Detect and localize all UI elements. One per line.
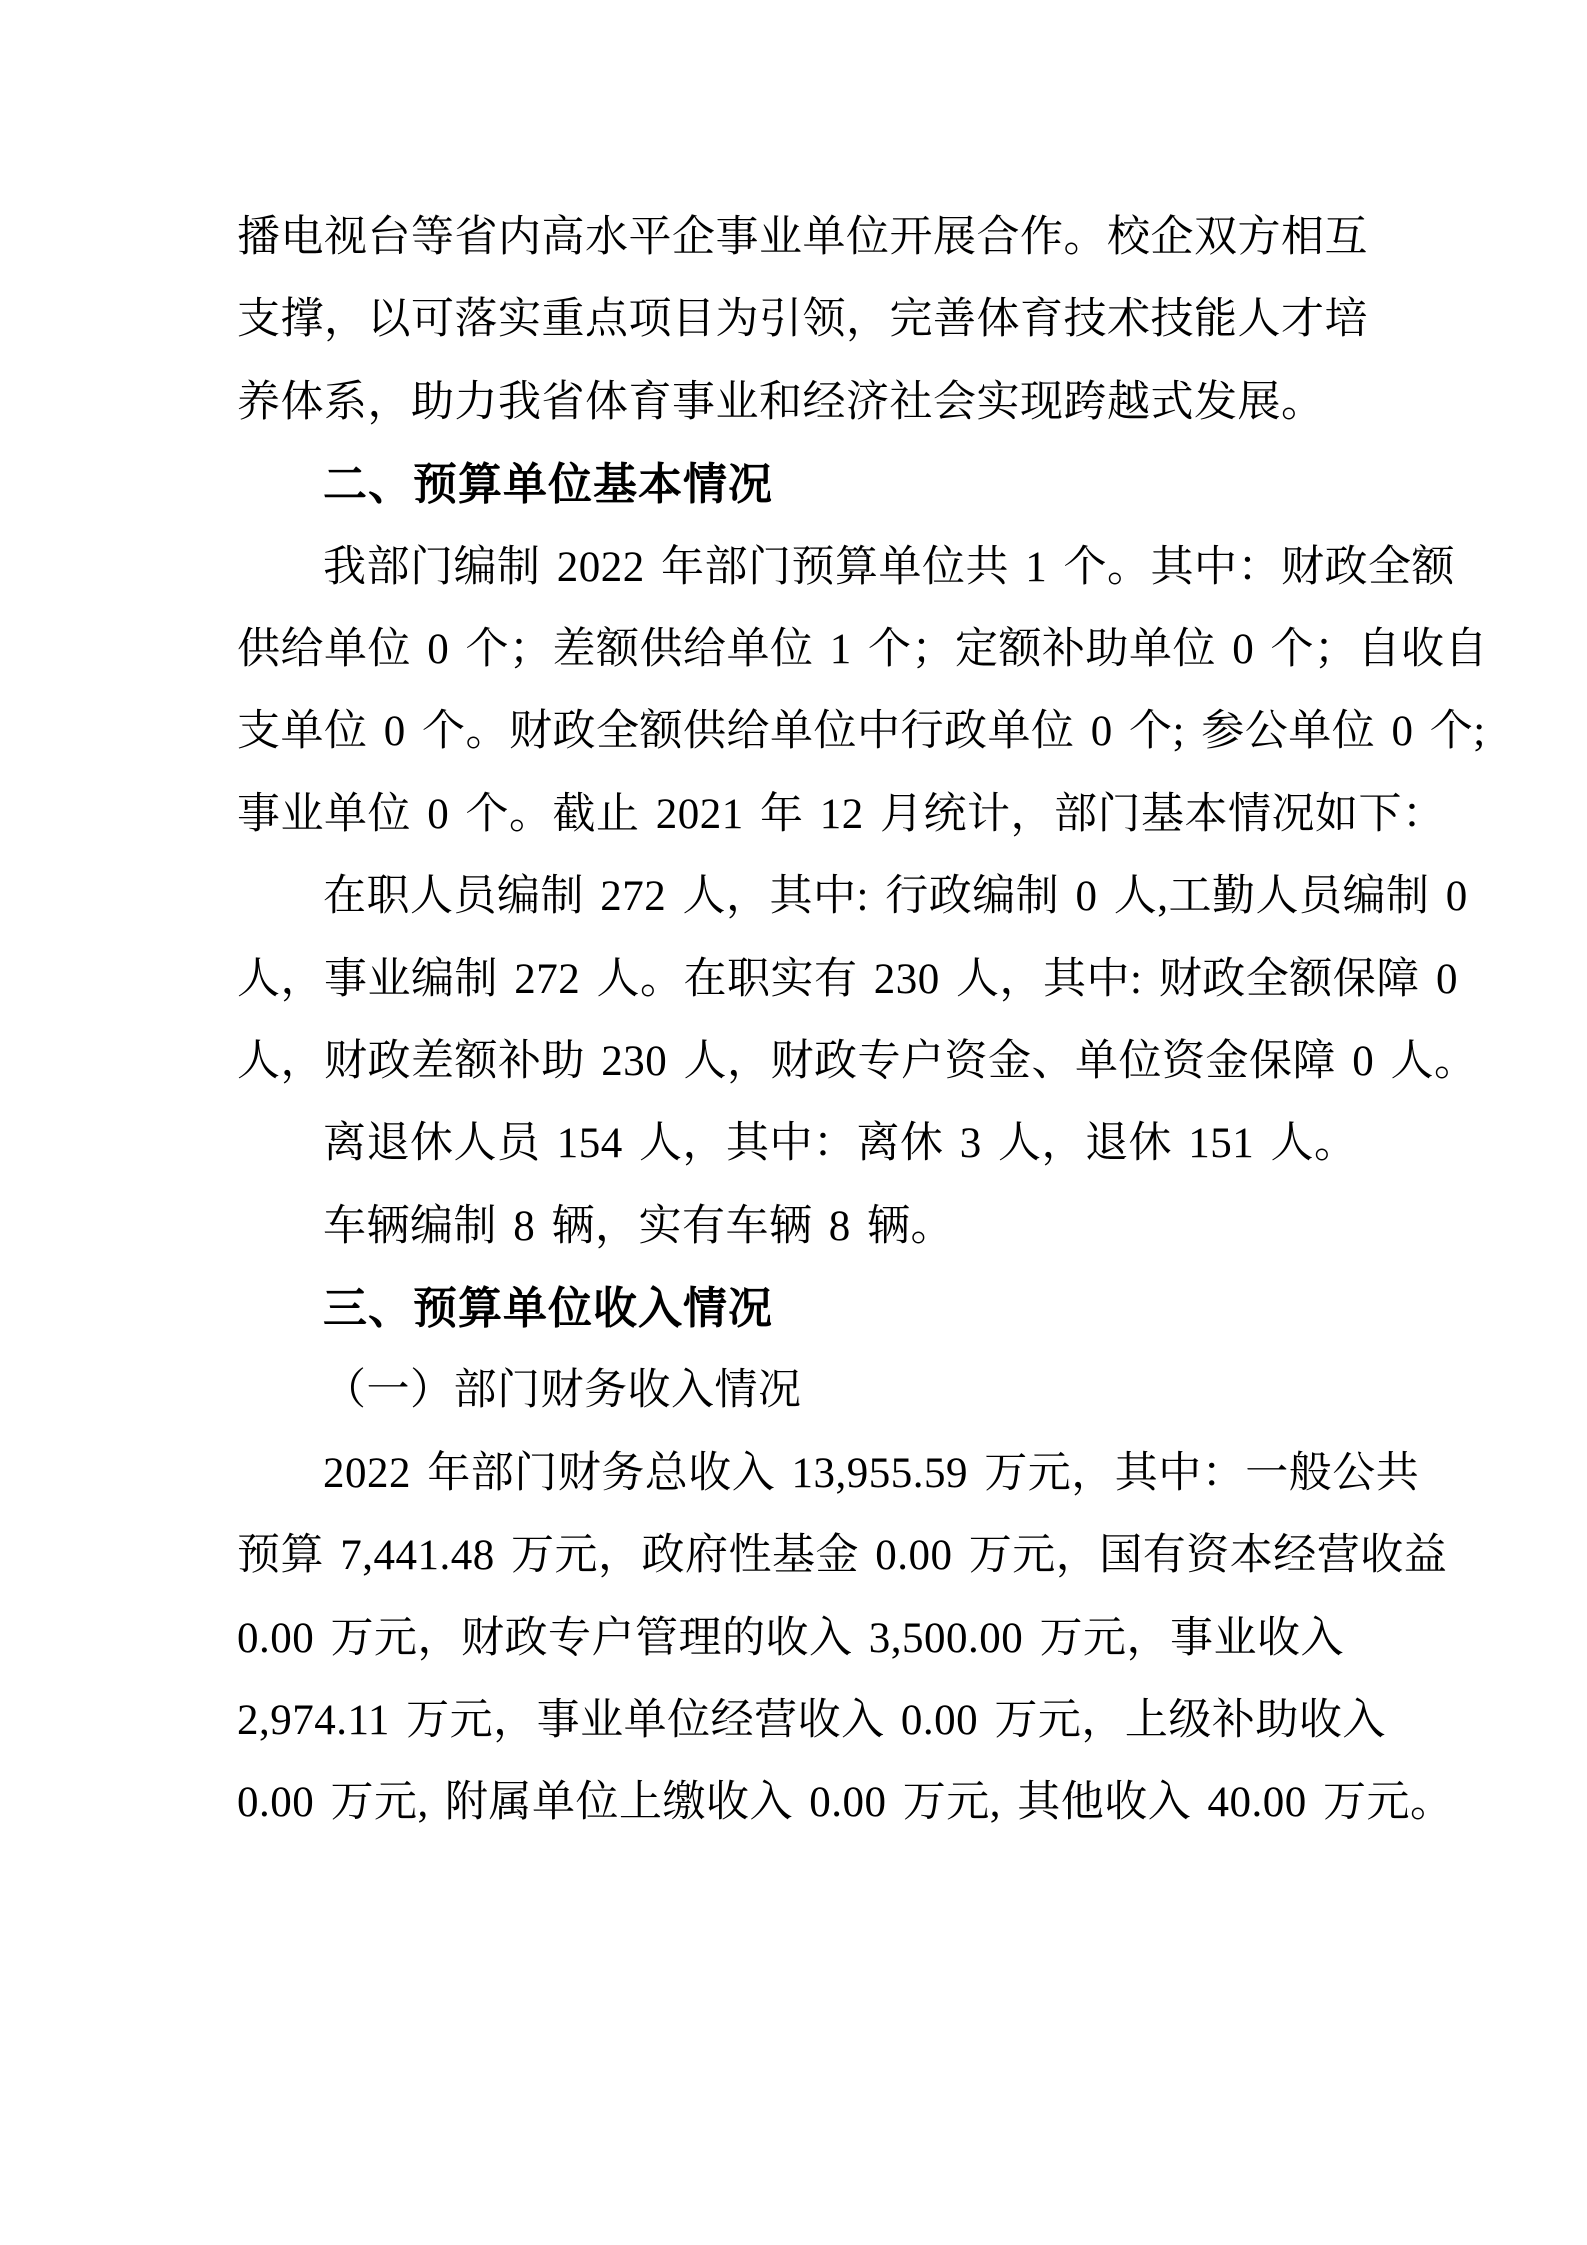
heading-section-2-basic-info: 二、预算单位基本情况 bbox=[237, 444, 1487, 526]
subheading-finance-income: （一）部门财务收入情况 bbox=[237, 1350, 1487, 1432]
text-line: 我部门编制 2022 年部门预算单位共 1 个。其中：财政全额 bbox=[237, 527, 1487, 609]
text-line: 在职人员编制 272 人，其中: 行政编制 0 人,工勤人员编制 0 bbox=[237, 856, 1487, 938]
text-line: 事业单位 0 个。截止 2021 年 12 月统计，部门基本情况如下： bbox=[237, 774, 1487, 856]
text-line: 0.00 万元, 附属单位上缴收入 0.00 万元, 其他收入 40.00 万元… bbox=[237, 1762, 1487, 1844]
text-line: 人，财政差额补助 230 人，财政专户资金、单位资金保障 0 人。 bbox=[237, 1021, 1487, 1103]
para-income-details: 2022 年部门财务总收入 13,955.59 万元，其中：一般公共预算 7,4… bbox=[237, 1433, 1487, 1845]
heading-section-3-income: 三、预算单位收入情况 bbox=[237, 1268, 1487, 1350]
document-page: 播电视台等省内高水平企事业单位开展合作。校企双方相互支撑，以可落实重点项目为引领… bbox=[0, 0, 1587, 2245]
text-line: 2,974.11 万元，事业单位经营收入 0.00 万元，上级补助收入 bbox=[237, 1680, 1487, 1762]
para-vehicles: 车辆编制 8 辆，实有车辆 8 辆。 bbox=[237, 1186, 1487, 1268]
text-line: 人，事业编制 272 人。在职实有 230 人，其中: 财政全额保障 0 bbox=[237, 939, 1487, 1021]
text-line: 养体系，助力我省体育事业和经济社会实现跨越式发展。 bbox=[237, 362, 1487, 444]
text-line: 支撑，以可落实重点项目为引领，完善体育技术技能人才培 bbox=[237, 279, 1487, 361]
text-line: 离退休人员 154 人，其中：离休 3 人，退休 151 人。 bbox=[237, 1103, 1487, 1185]
text-line: （一）部门财务收入情况 bbox=[237, 1350, 1487, 1432]
text-line: 二、预算单位基本情况 bbox=[237, 444, 1487, 526]
text-line: 供给单位 0 个；差额供给单位 1 个；定额补助单位 0 个；自收自 bbox=[237, 609, 1487, 691]
text-line: 车辆编制 8 辆，实有车辆 8 辆。 bbox=[237, 1186, 1487, 1268]
text-line: 支单位 0 个。财政全额供给单位中行政单位 0 个; 参公单位 0 个; bbox=[237, 691, 1487, 773]
text-line: 播电视台等省内高水平企事业单位开展合作。校企双方相互 bbox=[237, 197, 1487, 279]
para-retirees: 离退休人员 154 人，其中：离休 3 人，退休 151 人。 bbox=[237, 1103, 1487, 1185]
para-cooperation-continuation: 播电视台等省内高水平企事业单位开展合作。校企双方相互支撑，以可落实重点项目为引领… bbox=[237, 197, 1487, 444]
para-budget-unit-composition: 我部门编制 2022 年部门预算单位共 1 个。其中：财政全额供给单位 0 个；… bbox=[237, 527, 1487, 857]
text-line: 2022 年部门财务总收入 13,955.59 万元，其中：一般公共 bbox=[237, 1433, 1487, 1515]
text-line: 预算 7,441.48 万元，政府性基金 0.00 万元，国有资本经营收益 bbox=[237, 1515, 1487, 1597]
para-staffing: 在职人员编制 272 人，其中: 行政编制 0 人,工勤人员编制 0人，事业编制… bbox=[237, 856, 1487, 1103]
text-line: 三、预算单位收入情况 bbox=[237, 1268, 1487, 1350]
text-line: 0.00 万元，财政专户管理的收入 3,500.00 万元，事业收入 bbox=[237, 1598, 1487, 1680]
document-content: 播电视台等省内高水平企事业单位开展合作。校企双方相互支撑，以可落实重点项目为引领… bbox=[237, 197, 1487, 1845]
